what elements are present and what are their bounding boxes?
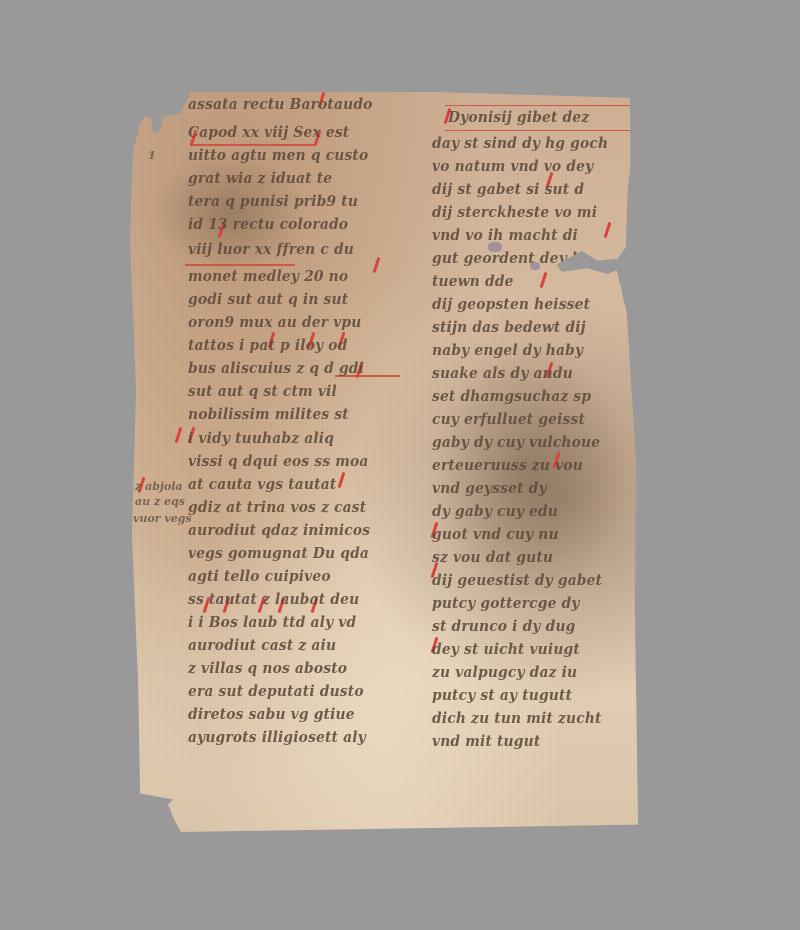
rubric-rule (185, 264, 295, 266)
text-line: oron9 mux au der vpu (188, 313, 361, 331)
text-line: dy gaby cuy edu (432, 502, 558, 520)
text-line: id 13 rectu colorado (188, 215, 348, 233)
text-line: day st sind dy hg goch (432, 134, 608, 152)
rubric-stroke (373, 257, 381, 273)
text-line: tattos i pat p iloy od (188, 336, 348, 354)
text-line: erteueruuss zu vou (432, 456, 583, 474)
margin-note: 1 (148, 149, 156, 162)
text-line: aurodiut cast z aiu (188, 636, 336, 654)
text-line: naby engel dy haby (432, 341, 583, 359)
text-line: dich zu tun mit zucht (432, 709, 602, 727)
text-line: set dhamgsuchaz sp (432, 387, 591, 405)
text-line: dij sterckheste vo mi (432, 203, 597, 221)
text-line: at cauta vgs tautat (188, 475, 336, 493)
text-line: aurodiut qdaz inimicos (188, 521, 370, 539)
text-line: grat wia z iduat te (188, 169, 332, 187)
text-line: i i Bos laub ttd aly vd (188, 613, 356, 631)
text-line: tuewn dde (432, 272, 514, 290)
text-line: putcy gottercge dy (432, 594, 580, 612)
text-line: ayugrots illigiosett aly (188, 728, 366, 746)
text-line: ss tautat z laubat deu (188, 590, 359, 608)
text-line: dij geuestist dy gabet (432, 571, 602, 589)
text-line: gdiz at trina vos z cast (188, 498, 366, 516)
heading-line: Dyonisij gibet dez (448, 108, 589, 126)
text-line: z villas q nos abosto (188, 659, 347, 677)
text-line: sut aut q st ctm vil (188, 382, 337, 400)
text-line: vissi q dqui eos ss moa (188, 452, 369, 470)
text-line: vegs gomugnat Du qda (188, 544, 369, 562)
text-line: cuy erfulluet geisst (432, 410, 585, 428)
text-line: era sut deputati dusto (188, 682, 364, 700)
text-line: gaby dy cuy vulchoue (432, 433, 600, 451)
text-line: i vidy tuuhabz aliq (188, 429, 334, 447)
text-line: suake als dy andu (432, 364, 573, 382)
text-line: tera q punisi prib9 tu (188, 192, 358, 210)
text-line: dij geopsten heisset (432, 295, 590, 313)
rubric-stroke (540, 272, 548, 288)
text-line: Capod xx viij Sex est (188, 123, 349, 141)
text-line: monet medley 20 no (188, 267, 348, 285)
text-line: sz vou dat gutu (432, 548, 553, 566)
text-line: uitto agtu men q custo (188, 146, 368, 164)
text-line: viij luor xx ffren c du (188, 240, 354, 258)
text-line: guot vnd cuy nu (432, 525, 559, 543)
text-line: st drunco i dy dug (432, 617, 576, 635)
text-line: vnd geysset dy (432, 479, 547, 497)
rubric-stroke (338, 472, 346, 488)
margin-note: vuor vegs (133, 512, 192, 525)
text-line: vnd vo ih macht di (432, 226, 578, 244)
margin-note: au z eqs (135, 495, 185, 508)
text-line: diretos sabu vg gtiue (188, 705, 355, 723)
text-line: agti tello cuipiveo (188, 567, 331, 585)
text-line: vnd mit tugut (432, 732, 540, 750)
margin-note: z abjola (135, 480, 183, 493)
rubric-rule (445, 130, 635, 131)
text-line: nobilissim milites st (188, 405, 349, 423)
text-line: dij st gabet si sut d (432, 180, 584, 198)
text-line: dey st uicht vuiugt (432, 640, 580, 658)
text-line: stijn das bedewt dij (432, 318, 586, 336)
text-line: putcy st ay tugutt (432, 686, 572, 704)
text-line: gut geordent dey h (432, 249, 582, 267)
rubric-rule (445, 105, 630, 106)
text-line: vo natum vnd vo dey (432, 157, 593, 175)
text-line: zu valpugcy daz iu (432, 663, 577, 681)
text-line: bus aliscuius z q d gdi (188, 359, 364, 377)
rubric-stroke (604, 222, 612, 238)
text-line: assata rectu Barotaudo (188, 95, 373, 113)
manuscript-leaf: 1 z abjola au z eqs vuor vegs assata rec… (130, 92, 638, 832)
text-line: godi sut aut q in sut (188, 290, 348, 308)
rubric-stroke (175, 427, 183, 443)
